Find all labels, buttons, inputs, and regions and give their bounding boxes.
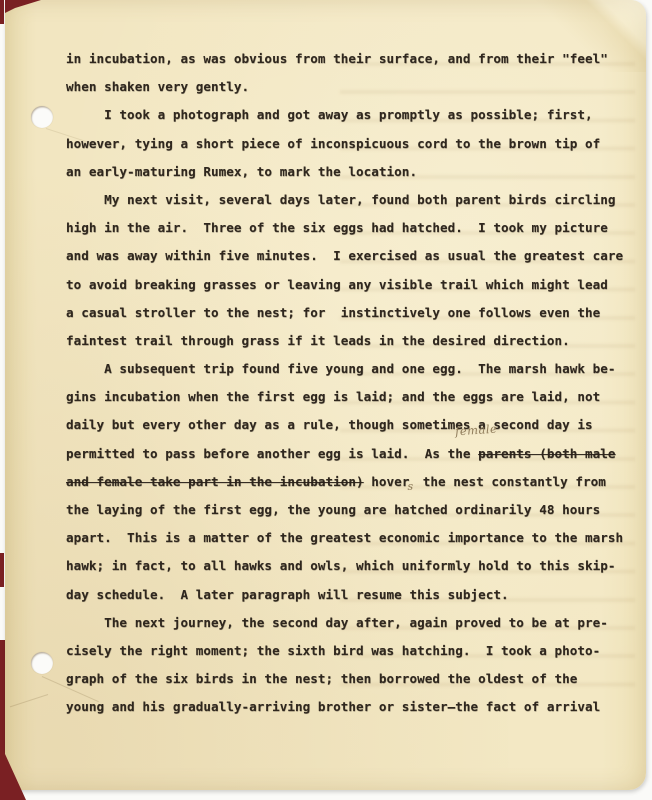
typed-line: an early-maturing Rumex, to mark the loc… [66,158,623,186]
typed-line: gins incubation when the first egg is la… [66,383,623,411]
typed-line: young and his gradually-arriving brother… [66,693,623,721]
typed-line: faintest trail through grass if it leads… [66,327,623,355]
typed-line: in incubation, as was obvious from their… [66,45,623,73]
typed-segment: gins incubation when the first egg is la… [66,389,600,404]
typed-line: apart. This is a matter of the greatest … [66,524,623,552]
typed-line: day schedule. A later paragraph will res… [66,581,623,609]
typed-line: and female take part in the incubation) … [66,468,623,496]
typed-segment: when shaken very gently. [66,79,249,94]
typed-line: permitted to pass before another egg is … [66,440,623,468]
red-backing-left-edge-mid [0,553,4,587]
typed-segment: daily but every other day as a rule, tho… [66,417,593,432]
typed-line: My next visit, several days later, found… [66,186,623,214]
typed-segment: I took a photograph and got away as prom… [66,107,593,122]
typed-segment: A subsequent trip found five young and o… [66,361,616,376]
typed-segment: to avoid breaking grasses or leaving any… [66,277,608,292]
typed-line: high in the air. Three of the six eggs h… [66,214,623,242]
typed-segment: a casual stroller to the nest; for insti… [66,305,600,320]
typed-segment: hover [364,474,410,489]
typed-text: in incubation, as was obvious from their… [66,45,623,722]
typed-line: hawk; in fact, to all hawks and owls, wh… [66,552,623,580]
typed-segment: the laying of the first egg, the young a… [66,502,600,517]
typed-segment: faintest trail through grass if it leads… [66,333,570,348]
typed-line: however, tying a short piece of inconspi… [66,130,623,158]
struck-text: and female take part in the incubation) [66,474,364,489]
typed-segment: permitted to pass before another egg is … [66,446,478,461]
typed-segment: hawk; in fact, to all hawks and owls, wh… [66,558,616,573]
typed-line: daily but every other day as a rule, tho… [66,411,623,439]
typed-segment: My next visit, several days later, found… [66,192,616,207]
typed-line: The next journey, the second day after, … [66,609,623,637]
typed-segment: however, tying a short piece of inconspi… [66,136,600,151]
punch-hole-bottom [31,652,53,674]
typed-line: I took a photograph and got away as prom… [66,101,623,129]
typed-line: A subsequent trip found five young and o… [66,355,623,383]
typed-segment: apart. This is a matter of the greatest … [66,530,623,545]
typed-segment: and was away within five minutes. I exer… [66,248,623,263]
typed-segment: high in the air. Three of the six eggs h… [66,220,608,235]
struck-text: parents (both male [478,446,615,461]
typed-line: a casual stroller to the nest; for insti… [66,299,623,327]
typed-segment: day schedule. A later paragraph will res… [66,587,509,602]
typed-segment: cisely the right moment; the sixth bird … [66,643,600,658]
typed-segment: an early-maturing Rumex, to mark the loc… [66,164,417,179]
typed-line: and was away within five minutes. I exer… [66,242,623,270]
red-backing-left-edge-upper [0,0,4,24]
typed-line: to avoid breaking grasses or leaving any… [66,271,623,299]
typed-line: when shaken very gently. [66,73,623,101]
typed-segment: young and his gradually-arriving brother… [66,699,600,714]
typed-line: the laying of the first egg, the young a… [66,496,623,524]
handwritten-s-insert: s [407,480,413,493]
typed-line: graph of the six birds in the nest; then… [66,665,623,693]
typed-segment: graph of the six birds in the nest; then… [66,671,577,686]
typed-segment: the nest constantly from [415,474,606,489]
typed-segment: The next journey, the second day after, … [66,615,608,630]
punch-hole-top [31,106,53,128]
typed-line: cisely the right moment; the sixth bird … [66,637,623,665]
handwritten-female-annotation: female [455,422,498,439]
typed-segment: in incubation, as was obvious from their… [66,51,608,66]
